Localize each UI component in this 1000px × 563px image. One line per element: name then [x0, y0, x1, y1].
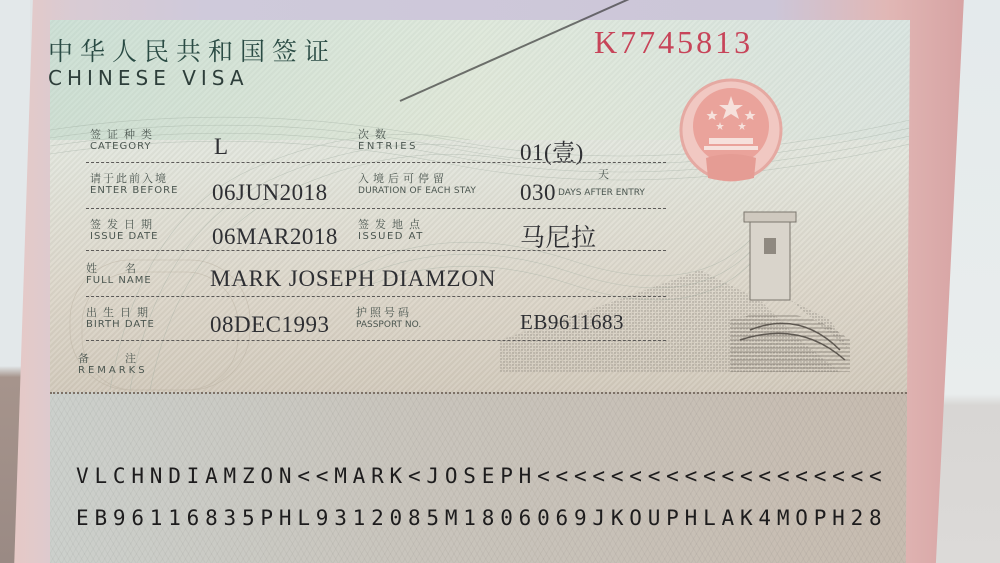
value-category: L: [214, 134, 229, 160]
label-birth-date: 出生日期 BIRTH DATE: [86, 306, 155, 331]
field-divider: [86, 250, 666, 251]
field-divider: [86, 162, 666, 163]
value-full-name: MARK JOSEPH DIAMZON: [210, 266, 496, 292]
label-enter-before: 请于此前入境 ENTER BEFORE: [90, 172, 178, 197]
label-passport-no: 护照号码 PASSPORT NO.: [356, 306, 421, 331]
value-passport-no: EB9611683: [520, 310, 624, 335]
value-duration: 030: [520, 180, 556, 206]
value-birth-date: 08DEC1993: [210, 312, 330, 338]
value-issued-at: 马尼拉: [520, 218, 597, 254]
label-issued-at: 签发地点 ISSUED AT: [358, 218, 426, 243]
visa-number: K7745813: [594, 24, 753, 61]
value-issue-date: 06MAR2018: [212, 224, 338, 250]
label-full-name: 姓名 FULL NAME: [86, 262, 164, 287]
label-entries: 次数 ENTRIES: [358, 128, 418, 153]
field-divider: [86, 340, 666, 341]
duration-unit-chinese: 天: [598, 166, 609, 182]
field-divider: [86, 208, 666, 209]
duration-unit-english: DAYS AFTER ENTRY: [558, 188, 645, 198]
national-emblem-icon: [676, 78, 786, 188]
mrz-line-2: EB96116835PHL9312085M1806069JKOUPHLAK4MO…: [76, 506, 888, 530]
visa-title-english: CHINESE VISA: [48, 66, 249, 90]
label-duration: 入境后可停留 DURATION OF EACH STAY: [358, 172, 476, 197]
visa-title-chinese: 中华人民共和国签证: [48, 32, 336, 68]
label-category: 签证种类 CATEGORY: [90, 128, 158, 153]
field-divider: [86, 296, 666, 297]
value-enter-before: 06JUN2018: [212, 180, 328, 206]
label-remarks: 备注 REMARKS: [78, 352, 172, 377]
label-issue-date: 签发日期 ISSUE DATE: [90, 218, 158, 243]
mrz-line-1: VLCHNDIAMZON<<MARK<JOSEPH<<<<<<<<<<<<<<<…: [76, 464, 888, 488]
